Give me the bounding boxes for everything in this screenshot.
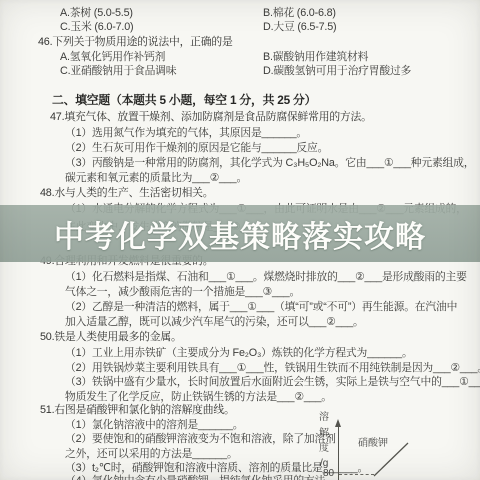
q51-item-4: （4）氯化钠中含有少量硝酸钾，提纯氯化钠采用的方法	[65, 475, 325, 480]
q46-stem: 46.下列关于物质用途的说法中，正确的是	[38, 36, 233, 49]
q49-item-1-line2: 气体之一，减少酸雨危害的一个措施是___③___。	[65, 286, 300, 299]
q45-option-d: D.大豆 (6.5-7.5)	[263, 21, 336, 34]
q51-item-1: （1）氯化钠溶液中的溶剂是______。	[65, 419, 243, 432]
q49-item-1-line1: （1）化石燃料是指煤、石油和___①___。煤燃烧时排放的___②___是形成酸…	[65, 271, 467, 284]
q51-item-2-line2: 之外，还可以采用的方法是______。	[65, 448, 238, 461]
q47-stem: 47.填充气体、放置干燥剂、添加防腐剂是食品防腐保鲜常用的方法。	[50, 111, 372, 124]
q50-stem: 50.铁是人类使用最多的金属。	[40, 331, 182, 344]
exam-paper-photo: A.茶树 (5.0-5.5) B.棉花 (6.0-6.8) C.玉米 (6.0-…	[0, 0, 480, 480]
q51-stem: 51.右图是硝酸钾和氯化钠的溶解度曲线。	[40, 404, 235, 417]
q49-item-2-line2: 加入适量乙醇，既可以减少汽车尾气的污染，还可以___②___。	[65, 316, 364, 329]
q46-option-c: C.亚硝酸钠用于食品调味	[60, 65, 176, 78]
q50-item-3-line1: （3）铁锅中盛有少量水，长时间放置后水面附近会生锈，实际上是铁与空气中的___①…	[65, 376, 480, 389]
q45-option-c: C.玉米 (6.0-7.0)	[60, 21, 133, 34]
q47-item-1: （1）选用氮气作为填充的气体，其原因是______。	[65, 127, 307, 140]
q51-item-2-line1: （2）要使饱和的硝酸钾溶液变为不饱和溶液，除了加溶剂	[65, 433, 336, 446]
q47-item-2: （2）生石灰可用作干燥剂的原因是它能与______反应。	[65, 142, 328, 155]
banner-title: 中考化学双基策略落实攻略	[54, 212, 426, 256]
q46-option-b: B.碳酸钠用作建筑材料	[263, 51, 368, 64]
solubility-chart: 溶 解 度 /g 80 硝酸钾	[312, 405, 480, 480]
q46-option-d: D.碳酸氢钠可用于治疗胃酸过多	[263, 65, 411, 78]
q45-option-a: A.茶树 (5.0-5.5)	[60, 7, 133, 20]
q50-item-3-line2: 物质发生了化学反应，防止铁锅生锈的方法是___②___。	[65, 391, 332, 404]
section2-header: 二、填空题（本题共 5 小题，每空 1 分，共 25 分）	[52, 94, 316, 107]
q49-item-2-line1: （2）乙醇是一种清洁的燃料，属于___①___（填“可”或“不可”）再生能源。在…	[65, 301, 457, 314]
q46-option-a: A.氢氧化钙用作补钙剂	[60, 51, 165, 64]
curve-label-kno3: 硝酸钾	[358, 434, 388, 449]
q50-item-2: （2）用铁锅炒菜主要利用铁具有___①___性，铁锅用生铁而不用纯铁制是因为__…	[65, 362, 480, 375]
q48-stem: 48.水与人类的生产、生活密切相关。	[40, 187, 213, 200]
q47-item-3-line1: （3）丙酸钠是一种常用的防腐剂，其化学式为 C₃H₅O₂Na。它由___①___…	[65, 157, 474, 170]
q45-option-b: B.棉花 (6.0-6.8)	[263, 7, 336, 20]
q50-item-1: （1）工业上用赤铁矿（主要成分为 Fe₂O₃）炼铁的化学方程式为______。	[65, 347, 413, 360]
q47-item-3-line2: 碳元素和氧元素的质量比为___②___。	[65, 172, 247, 185]
kno3-curve	[312, 405, 480, 480]
promo-banner: 中考化学双基策略落实攻略	[0, 205, 480, 262]
